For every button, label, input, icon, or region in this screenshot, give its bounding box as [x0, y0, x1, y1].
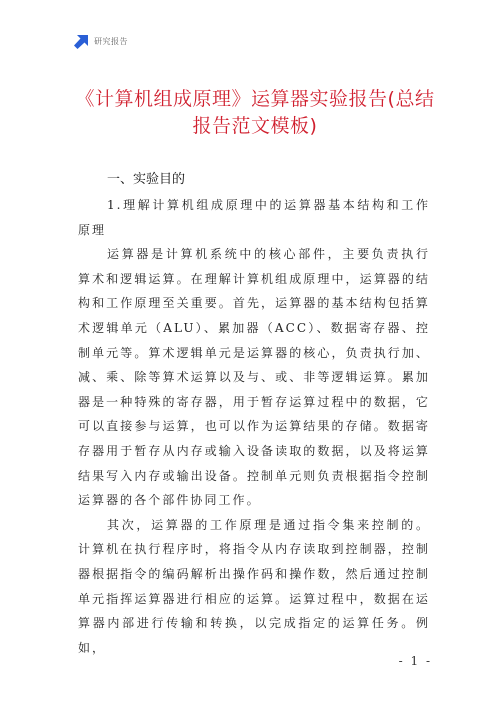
- document-body: 一、实验目的 1.理解计算机组成原理中的运算器基本结构和工作原理 运算器是计算机…: [78, 170, 430, 660]
- list-item-1: 1.理解计算机组成原理中的运算器基本结构和工作原理: [78, 193, 430, 242]
- paragraph-1: 运算器是计算机系统中的核心部件，主要负责执行算术和逻辑运算。在理解计算机组成原理…: [78, 242, 430, 513]
- header-label: 研究报告: [94, 36, 128, 47]
- page-number: - 1 -: [399, 654, 432, 668]
- report-header: 研究报告: [74, 34, 128, 48]
- title-line-2: 报告范文模板): [70, 113, 440, 140]
- section-heading: 一、实验目的: [107, 170, 430, 190]
- arrow-up-right-icon: [74, 34, 88, 48]
- paragraph-2: 其次，运算器的工作原理是通过指令集来控制的。计算机在执行程序时，将指令从内存读取…: [78, 513, 430, 661]
- title-line-1: 《计算机组成原理》运算器实验报告(总结: [70, 86, 440, 113]
- document-title: 《计算机组成原理》运算器实验报告(总结 报告范文模板): [70, 86, 440, 140]
